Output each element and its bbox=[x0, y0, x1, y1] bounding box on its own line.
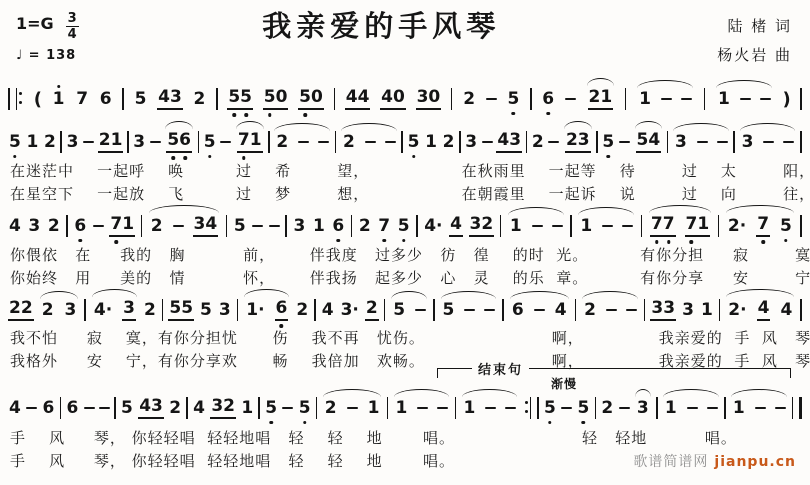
barline bbox=[335, 131, 337, 153]
note: 1 bbox=[122, 215, 134, 234]
note-group: 2 bbox=[583, 301, 597, 320]
lyricist-credit: 陆 楮 词 bbox=[717, 12, 792, 41]
duration-dash bbox=[534, 309, 545, 311]
tie-arc: 5 bbox=[440, 301, 498, 320]
note: 5 bbox=[544, 399, 556, 418]
duration-dash bbox=[548, 141, 559, 143]
note: 5 bbox=[299, 399, 311, 418]
note-group: 5 bbox=[199, 301, 213, 320]
paren: ( bbox=[34, 89, 42, 110]
note: 1 bbox=[53, 90, 65, 109]
duration-dash bbox=[602, 225, 613, 227]
tie-arc: 1 bbox=[393, 399, 451, 418]
barline bbox=[237, 299, 239, 321]
note-group: 21 bbox=[588, 88, 614, 110]
note-group: 3 bbox=[64, 301, 78, 320]
note-group: 21 bbox=[98, 131, 124, 153]
note: 3 bbox=[123, 299, 135, 318]
note: 7 bbox=[76, 90, 88, 109]
note-group: 4 bbox=[321, 301, 335, 320]
note: 5 bbox=[265, 399, 277, 418]
note: 4 bbox=[497, 131, 509, 150]
note: 2 bbox=[463, 90, 475, 109]
key-label: 1=G bbox=[16, 14, 54, 33]
lyrics-line-3a: 我不怕 寂 寞，有你分担忧 伤 我不再 忧伤。 啊， 我亲爱的 手 风 琴 bbox=[10, 327, 810, 348]
barline bbox=[216, 88, 218, 110]
barline bbox=[451, 88, 453, 110]
barline bbox=[800, 299, 802, 321]
note-group: 2 bbox=[342, 133, 356, 152]
note: 0 bbox=[311, 88, 323, 107]
barline bbox=[60, 397, 62, 419]
note: 5 bbox=[408, 133, 420, 152]
duration-dash bbox=[385, 141, 396, 143]
key-signature: 1=G 3 4 bbox=[16, 14, 79, 41]
music-line-2: 5123213565712251234322355433 bbox=[8, 127, 802, 157]
note: 2 bbox=[296, 301, 308, 320]
note-group: 5 bbox=[779, 217, 793, 236]
note-group: 1 bbox=[52, 90, 66, 109]
note: 7 bbox=[757, 215, 769, 234]
note: 6 bbox=[74, 217, 86, 236]
tie-arc: 56 bbox=[164, 131, 194, 153]
duration-dash bbox=[783, 141, 794, 143]
tie-arc: 2·44 bbox=[725, 299, 795, 321]
note-group: 3 bbox=[674, 133, 688, 152]
note: 6 bbox=[332, 217, 344, 236]
note-group: 43 bbox=[138, 397, 164, 419]
duration-dash bbox=[482, 141, 493, 143]
duration-dash bbox=[318, 141, 329, 143]
note: 1· bbox=[246, 301, 264, 320]
note: 2 bbox=[359, 217, 371, 236]
time-signature-denominator: 4 bbox=[66, 26, 79, 42]
note: 4 bbox=[346, 88, 358, 107]
note-group: 7 bbox=[75, 90, 89, 109]
note-group: 2 bbox=[150, 217, 164, 236]
note-group: 2 bbox=[358, 217, 372, 236]
quarter-note-icon: ♩ bbox=[16, 48, 23, 63]
note: 3 bbox=[682, 301, 694, 320]
duration-dash bbox=[84, 407, 95, 409]
note-group: 3 bbox=[218, 301, 232, 320]
tie-arc: 4·3 bbox=[91, 299, 138, 321]
note-group: 5 bbox=[8, 133, 22, 152]
tie-arc: 23 bbox=[563, 131, 593, 153]
note-group: 1 bbox=[700, 301, 714, 320]
barline bbox=[334, 88, 336, 110]
note-group: 6 bbox=[41, 399, 55, 418]
note: 4 bbox=[358, 88, 370, 107]
music-line-3: 43267123453162754·4321177712·75 bbox=[8, 211, 802, 241]
note: 6 bbox=[66, 399, 78, 418]
note-group: 2 bbox=[143, 301, 157, 320]
duration-dash bbox=[622, 225, 633, 227]
note: 7 bbox=[686, 215, 698, 234]
barline bbox=[526, 131, 528, 153]
note: 4 bbox=[322, 301, 334, 320]
note-group: 5 bbox=[298, 399, 312, 418]
tie-arc: 1 bbox=[577, 217, 635, 236]
duration-dash bbox=[486, 98, 497, 100]
tie-arc: 234 bbox=[148, 215, 221, 237]
note-group: 5 bbox=[601, 133, 615, 152]
note-group: 5 bbox=[397, 217, 411, 236]
note: 7 bbox=[238, 131, 250, 150]
note: 3 bbox=[637, 399, 649, 418]
barline bbox=[285, 215, 287, 237]
duration-dash bbox=[150, 141, 161, 143]
note-group: 50 bbox=[263, 88, 289, 110]
duration-dash bbox=[26, 407, 37, 409]
barline bbox=[60, 131, 62, 153]
note: 5 bbox=[181, 299, 193, 318]
duration-dash bbox=[561, 407, 572, 409]
note-group: 2 bbox=[43, 133, 57, 152]
note-group: 1 bbox=[732, 399, 746, 418]
barline bbox=[704, 88, 706, 110]
note: 5 bbox=[240, 88, 252, 107]
barline bbox=[500, 215, 502, 237]
note: 6 bbox=[179, 131, 191, 150]
duration-dash bbox=[532, 225, 543, 227]
note: 4 bbox=[780, 301, 792, 320]
note-group: 4 bbox=[192, 399, 206, 418]
barline bbox=[644, 299, 646, 321]
paren: ) bbox=[783, 89, 791, 110]
note-group: 50 bbox=[298, 88, 324, 110]
note-group: 34 bbox=[193, 215, 219, 237]
note: 3 bbox=[219, 301, 231, 320]
note-group: 5 bbox=[576, 399, 590, 418]
note: 2 bbox=[366, 299, 378, 318]
duration-dash bbox=[282, 407, 293, 409]
note: 5 bbox=[135, 90, 147, 109]
lyrics-line-1b: 在星空下 一起放 飞 过 梦 想， 在朝霞里 一起诉 说 过 向 往， bbox=[10, 183, 810, 204]
note: 2 bbox=[601, 399, 613, 418]
duration-dash bbox=[269, 225, 280, 227]
note: 2 bbox=[343, 133, 355, 152]
duration-dash bbox=[93, 225, 104, 227]
note: 1 bbox=[580, 217, 592, 236]
ending-section-label: 结束句 bbox=[472, 359, 529, 378]
music-line-1: (17654325550504440302562111) bbox=[8, 84, 802, 114]
barline bbox=[800, 131, 802, 153]
tie-arc: 1 bbox=[662, 399, 720, 418]
duration-dash bbox=[775, 407, 786, 409]
note: 1 bbox=[250, 131, 262, 150]
note-group: 2 bbox=[168, 399, 182, 418]
note-group: 5 bbox=[233, 217, 247, 236]
barline bbox=[656, 397, 658, 419]
note: 4 bbox=[758, 299, 770, 318]
note: 1 bbox=[368, 399, 380, 418]
duration-dash bbox=[99, 407, 110, 409]
barline bbox=[718, 215, 720, 237]
note-group: 55 bbox=[168, 299, 194, 321]
note: 4 bbox=[158, 88, 170, 107]
note: 3 bbox=[742, 133, 754, 152]
duration-dash bbox=[626, 309, 637, 311]
duration-dash bbox=[697, 141, 708, 143]
note: 3 bbox=[294, 217, 306, 236]
note-group: 2 bbox=[41, 301, 55, 320]
duration-dash bbox=[417, 407, 428, 409]
note: 1 bbox=[313, 217, 325, 236]
barline bbox=[384, 299, 386, 321]
lyrics-line-2b: 你始终 用 美的 情 怀， 伴我扬 起多少 心 灵 的乐 章。 有你分享 安 宁 bbox=[10, 267, 810, 288]
note: 5 bbox=[393, 301, 405, 320]
tie-arc: 1 bbox=[461, 399, 519, 418]
credits: 陆 楮 词 杨火岩 曲 bbox=[717, 12, 792, 69]
duration-dash bbox=[760, 98, 771, 100]
music-line-5: 46654324321552111552311 bbox=[8, 393, 802, 423]
barline bbox=[351, 215, 353, 237]
note-group: 3 bbox=[636, 399, 650, 418]
note: 3· bbox=[341, 301, 359, 320]
note: 3 bbox=[663, 299, 675, 318]
barline bbox=[226, 215, 228, 237]
barline bbox=[800, 215, 802, 237]
footer-watermark: 歌谱简谱网jianpu.cn bbox=[633, 451, 796, 471]
note-group: 54 bbox=[636, 131, 662, 153]
barline bbox=[570, 215, 572, 237]
note-group: 6 bbox=[541, 90, 555, 109]
note-group: 1 bbox=[240, 399, 254, 418]
note-group: 4 bbox=[449, 215, 463, 237]
note-group: 77 bbox=[650, 215, 676, 237]
duration-dash bbox=[347, 407, 358, 409]
note: 5 bbox=[577, 399, 589, 418]
duration-dash bbox=[415, 309, 426, 311]
ending-section-bracket: 结束句 bbox=[437, 368, 791, 378]
note-group: 1 bbox=[312, 217, 326, 236]
note: 3 bbox=[28, 217, 40, 236]
note: 4· bbox=[94, 301, 112, 320]
tie-arc: 7771 bbox=[648, 215, 712, 237]
duration-dash bbox=[220, 141, 231, 143]
note: 2 bbox=[42, 301, 54, 320]
tie-arc: 2·75 bbox=[725, 215, 795, 237]
note: 1 bbox=[26, 133, 38, 152]
note: 1 bbox=[425, 133, 437, 152]
note-group: 32 bbox=[210, 397, 236, 419]
tie-arc: 1·6 bbox=[243, 299, 290, 321]
note-group: 3 bbox=[741, 133, 755, 152]
note-group: 2· bbox=[727, 217, 747, 236]
note-group: 2· bbox=[727, 301, 747, 320]
note: 3 bbox=[170, 88, 182, 107]
barline bbox=[625, 88, 627, 110]
note: 3 bbox=[67, 133, 79, 152]
duration-dash bbox=[365, 141, 376, 143]
note-group: 5 bbox=[442, 301, 456, 320]
note: 3 bbox=[578, 131, 590, 150]
lyrics-line-1a: 在迷茫中 一起呼 唤 过 希 望， 在秋雨里 一起等 待 过 太 阳， bbox=[10, 160, 810, 181]
barline bbox=[316, 397, 318, 419]
note-group: 3 bbox=[27, 217, 41, 236]
note-group: 5 bbox=[407, 133, 421, 152]
barline bbox=[84, 299, 86, 321]
note: 2 bbox=[566, 131, 578, 150]
note: 5 bbox=[602, 133, 614, 152]
note-group: 3 bbox=[681, 301, 695, 320]
note: 3 bbox=[675, 133, 687, 152]
barline bbox=[268, 131, 270, 153]
note: 4 bbox=[381, 88, 393, 107]
note: 5 bbox=[169, 299, 181, 318]
note: 5 bbox=[228, 88, 240, 107]
note: 2· bbox=[728, 301, 746, 320]
tie-arc: 1 bbox=[636, 90, 694, 109]
duration-dash bbox=[437, 407, 448, 409]
note: 3 bbox=[211, 397, 223, 416]
note: 4 bbox=[555, 301, 567, 320]
note-group: 5 bbox=[203, 133, 217, 152]
note: 7 bbox=[663, 215, 675, 234]
note: 3 bbox=[417, 88, 429, 107]
barline bbox=[198, 131, 200, 153]
note: 2 bbox=[144, 301, 156, 320]
tie-arc: 2 bbox=[340, 133, 398, 152]
note-group: 5 bbox=[392, 301, 406, 320]
note: 6 bbox=[276, 299, 288, 318]
lyrics-line-4b: 手 风 琴， 你轻轻唱 轻轻地唱 轻 轻 地 唱。 bbox=[10, 450, 455, 471]
barline bbox=[66, 215, 68, 237]
note-group: 56 bbox=[166, 131, 192, 153]
note-group: 2 bbox=[193, 90, 207, 109]
barline bbox=[127, 131, 129, 153]
barline bbox=[719, 299, 721, 321]
duration-dash bbox=[83, 141, 94, 143]
note: 1 bbox=[600, 88, 612, 107]
barline bbox=[530, 88, 532, 110]
tie-arc: 1 bbox=[730, 399, 788, 418]
note-group: 2 bbox=[295, 301, 309, 320]
note: 2 bbox=[532, 133, 544, 152]
duration-dash bbox=[619, 407, 630, 409]
note: 2 bbox=[276, 133, 288, 152]
tie-arc: 21 bbox=[586, 88, 616, 110]
note-group: 3· bbox=[340, 301, 360, 320]
note-group: 1 bbox=[638, 90, 652, 109]
note: 4 bbox=[648, 131, 660, 150]
note-group: 5 bbox=[134, 90, 148, 109]
note: 6 bbox=[100, 90, 112, 109]
note: 1 bbox=[665, 399, 677, 418]
note: 3 bbox=[194, 215, 206, 234]
barline bbox=[114, 397, 116, 419]
note-group: 7 bbox=[377, 217, 391, 236]
duration-dash bbox=[661, 98, 672, 100]
barline bbox=[387, 397, 389, 419]
note: 2 bbox=[169, 399, 181, 418]
note: 2 bbox=[9, 299, 21, 318]
note-group: 3 bbox=[66, 133, 80, 152]
note: 5 bbox=[398, 217, 410, 236]
note-group: 3 bbox=[464, 133, 478, 152]
tie-arc: 5 bbox=[390, 301, 428, 320]
note-group: 2 bbox=[324, 399, 338, 418]
barline bbox=[667, 131, 669, 153]
duration-dash bbox=[173, 225, 184, 227]
note: 5 bbox=[9, 133, 21, 152]
note: 2 bbox=[443, 133, 455, 152]
note-group: 55 bbox=[227, 88, 253, 110]
note: 4 bbox=[9, 399, 21, 418]
note-group: 3 bbox=[122, 299, 136, 321]
duration-dash bbox=[484, 309, 495, 311]
composer-credit: 杨火岩 曲 bbox=[717, 41, 792, 70]
note: 4 bbox=[139, 397, 151, 416]
note: 3 bbox=[151, 397, 163, 416]
note: 1 bbox=[241, 399, 253, 418]
note-group: 2 bbox=[531, 133, 545, 152]
note: 4 bbox=[205, 215, 217, 234]
barline bbox=[575, 299, 577, 321]
duration-dash bbox=[763, 141, 774, 143]
note: 5 bbox=[264, 88, 276, 107]
barline bbox=[258, 397, 260, 419]
note-group: 1 bbox=[664, 399, 678, 418]
note-group: 2 bbox=[600, 399, 614, 418]
note-group: 4 bbox=[757, 299, 771, 321]
barline bbox=[401, 131, 403, 153]
note: 1 bbox=[639, 90, 651, 109]
barline bbox=[433, 299, 435, 321]
note: 2 bbox=[223, 397, 235, 416]
note-group: 4· bbox=[93, 301, 113, 320]
note-group: 5 bbox=[120, 399, 134, 418]
note-group: 6 bbox=[73, 217, 87, 236]
note-group: 6 bbox=[99, 90, 113, 109]
note-group: 4 bbox=[779, 301, 793, 320]
note-group: 43 bbox=[157, 88, 183, 110]
note-group: 6 bbox=[511, 301, 525, 320]
site-name: 歌谱简谱网 bbox=[633, 454, 708, 470]
duration-dash bbox=[619, 141, 630, 143]
tie-arc: 23 bbox=[39, 301, 80, 320]
note-group: 6 bbox=[331, 217, 345, 236]
tie-arc: 21 bbox=[322, 399, 383, 418]
note-group: 4 bbox=[8, 217, 22, 236]
tie-arc: 1 bbox=[715, 90, 773, 109]
note-group: 30 bbox=[416, 88, 442, 110]
time-signature-numerator: 3 bbox=[66, 12, 79, 26]
note: 0 bbox=[393, 88, 405, 107]
time-signature: 3 4 bbox=[66, 12, 79, 41]
note: 4 bbox=[193, 399, 205, 418]
note: 0 bbox=[428, 88, 440, 107]
note: 5 bbox=[167, 131, 179, 150]
music-line-4: 22234·3255531·6243·25564233312·44 bbox=[8, 295, 802, 325]
note-group: 6 bbox=[65, 399, 79, 418]
duration-dash bbox=[740, 98, 751, 100]
page-title: 我亲爱的手风琴 bbox=[262, 4, 500, 45]
note-group: 2 bbox=[365, 299, 379, 321]
note: 0 bbox=[276, 88, 288, 107]
note: 4 bbox=[450, 215, 462, 234]
duration-dash bbox=[606, 309, 617, 311]
note: 1 bbox=[111, 131, 123, 150]
note: 2 bbox=[151, 217, 163, 236]
barline bbox=[455, 397, 457, 419]
note: 3 bbox=[470, 215, 482, 234]
tie-arc: 3 bbox=[739, 133, 797, 152]
note-group: 43 bbox=[496, 131, 522, 153]
note: 2· bbox=[728, 217, 746, 236]
note: 2 bbox=[481, 215, 493, 234]
